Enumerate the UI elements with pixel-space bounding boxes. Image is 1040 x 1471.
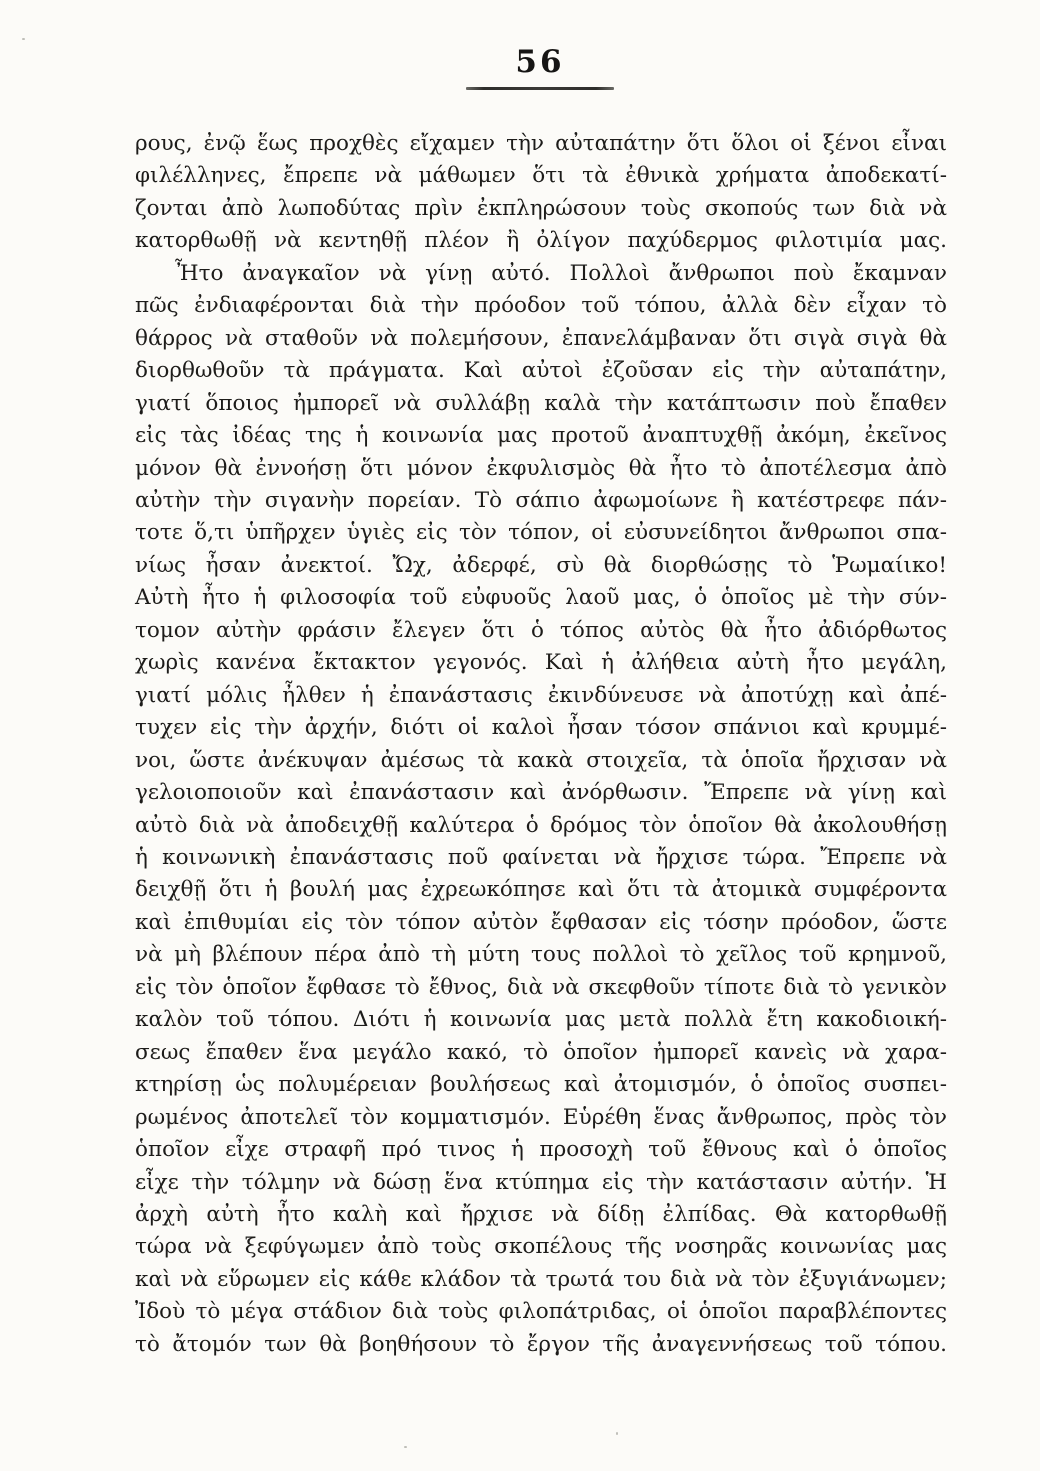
text-line: καὶ ἐπιθυμίαι εἰς τὸν τόπον αὐτὸν ἔφθασα… (135, 907, 947, 939)
text-line: πῶς ἐνδιαφέρονται διὰ τὴν πρόοδον τοῦ τό… (135, 290, 947, 322)
text-line: ρωμένος ἀποτελεῖ τὸν κομματισμόν. Εὑρέθη… (135, 1102, 947, 1134)
text-line: εἶχε τὴν τόλμην νὰ δώσῃ ἕνα κτύπημα εἰς … (135, 1167, 947, 1199)
text-line: μόνον θὰ ἐννοήσῃ ὅτι μόνον ἐκφυλισμὸς θὰ… (135, 453, 947, 485)
scan-speck (404, 1446, 407, 1448)
scan-speck (22, 38, 25, 40)
text-line: νίως ἦσαν ἀνεκτοί. Ὤχ, ἀδερφέ, σὺ θὰ διο… (135, 550, 947, 582)
text-line: κτηρίσῃ ὡς πολυμέρειαν βουλήσεως καὶ ἀτο… (135, 1069, 947, 1101)
paragraph: ρους, ἐνῷ ἕως προχθὲς εἴχαμεν τὴν αὐταπά… (135, 128, 947, 258)
text-line: διορθωθοῦν τὰ πράγματα. Καὶ αὐτοὶ ἐζοῦσα… (135, 355, 947, 387)
text-line: αὐτὴν τὴν σιγανὴν πορείαν. Τὸ σάπιο ἀφωμ… (135, 485, 947, 517)
text-line: ρους, ἐνῷ ἕως προχθὲς εἴχαμεν τὴν αὐταπά… (135, 128, 947, 160)
text-line: Ἰδοὺ τὸ μέγα στάδιον διὰ τοὺς φιλοπάτριδ… (135, 1296, 947, 1328)
page-number-underline (466, 87, 614, 90)
text-line: χωρὶς κανένα ἔκτακτον γεγονός. Καὶ ἡ ἀλή… (135, 647, 947, 679)
text-line: θάρρος νὰ σταθοῦν νὰ πολεμήσουν, ἐπανελά… (135, 323, 947, 355)
text-line: γιατί μόλις ἦλθεν ἡ ἐπανάστασις ἐκινδύνε… (135, 680, 947, 712)
text-line: εἰς τὸν ὁποῖον ἔφθασε τὸ ἔθνος, διὰ νὰ σ… (135, 972, 947, 1004)
page-header: 56 (135, 44, 945, 90)
text-block: ρους, ἐνῷ ἕως προχθὲς εἴχαμεν τὴν αὐταπά… (135, 128, 947, 1361)
text-line: τοτε ὅ,τι ὑπῆρχεν ὑγιὲς εἰς τὸν τόπον, ο… (135, 517, 947, 549)
text-line: Αὐτὴ ἦτο ἡ φιλοσοφία τοῦ εὐφυοῦς λαοῦ μα… (135, 582, 947, 614)
text-line: φιλέλληνες, ἔπρεπε νὰ μάθωμεν ὅτι τὰ ἐθν… (135, 160, 947, 192)
text-line: γιατί ὅποιος ἠμπορεῖ νὰ συλλάβῃ καλὰ τὴν… (135, 388, 947, 420)
text-line: Ἦτο ἀναγκαῖον νὰ γίνῃ αὐτό. Πολλοὶ ἄνθρω… (135, 258, 947, 290)
text-line: δειχθῇ ὅτι ἡ βουλή μας ἐχρεωκόπησε καὶ ὅ… (135, 874, 947, 906)
text-line: νὰ μὴ βλέπουν πέρα ἀπὸ τὴ μύτη τους πολλ… (135, 939, 947, 971)
text-line: καὶ νὰ εὕρωμεν εἰς κάθε κλάδον τὰ τρωτά … (135, 1264, 947, 1296)
page-number: 56 (515, 44, 564, 80)
text-line: αὐτὸ διὰ νὰ ἀποδειχθῇ καλύτερα ὁ δρόμος … (135, 810, 947, 842)
text-line: ζονται ἀπὸ λωποδύτας πρὶν ἐκπληρώσουν το… (135, 193, 947, 225)
text-line: τομον αὐτὴν φράσιν ἔλεγεν ὅτι ὁ τόπος αὐ… (135, 615, 947, 647)
scanned-book-page: 56 ρους, ἐνῷ ἕως προχθὲς εἴχαμεν τὴν αὐτ… (0, 0, 1040, 1471)
text-line: εἰς τὰς ἰδέας της ἡ κοινωνία μας προτοῦ … (135, 420, 947, 452)
text-line: τὸ ἄτομόν των θὰ βοηθήσουν τὸ ἔργον τῆς … (135, 1329, 947, 1361)
text-line: τυχεν εἰς τὴν ἀρχήν, διότι οἱ καλοὶ ἦσαν… (135, 712, 947, 744)
text-line: ὁποῖον εἶχε στραφῆ πρό τινος ἡ προσοχὴ τ… (135, 1134, 947, 1166)
text-line: σεως ἔπαθεν ἕνα μεγάλο κακό, τὸ ὁποῖον ἠ… (135, 1037, 947, 1069)
paragraph: Ἦτο ἀναγκαῖον νὰ γίνῃ αὐτό. Πολλοὶ ἄνθρω… (135, 258, 947, 1361)
text-line: ἀρχὴ αὐτὴ ἦτο καλὴ καὶ ἤρχισε νὰ δίδῃ ἐλ… (135, 1199, 947, 1231)
text-line: νοι, ὥστε ἀνέκυψαν ἀμέσως τὰ κακὰ στοιχε… (135, 745, 947, 777)
text-line: ἡ κοινωνικὴ ἐπανάστασις ποῦ φαίνεται νὰ … (135, 842, 947, 874)
text-line: κατορθωθῇ νὰ κεντηθῇ πλέον ἢ ὀλίγον παχύ… (135, 225, 947, 257)
scan-speck (616, 1432, 618, 1435)
text-line: τώρα νὰ ξεφύγωμεν ἀπὸ τοὺς σκοπέλους τῆς… (135, 1231, 947, 1263)
text-line: καλὸν τοῦ τόπου. Διότι ἡ κοινωνία μας με… (135, 1004, 947, 1036)
text-line: γελοιοποιοῦν καὶ ἐπανάστασιν καὶ ἀνόρθωσ… (135, 777, 947, 809)
